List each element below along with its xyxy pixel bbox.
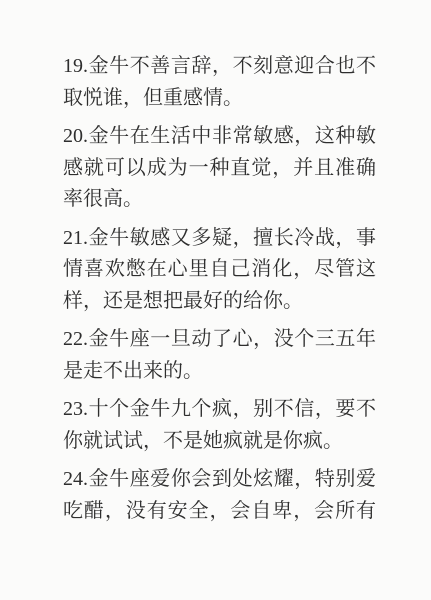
document-page: 19.金牛不善言辞，不刻意迎合也不 取悦谁，但重感情。 20.金牛在生活中非常敏… (0, 0, 431, 600)
paragraph-21: 21.金牛敏感又多疑，擅长冷战，事 情喜欢憋在心里自己消化，尽管这 样，还是想把… (63, 223, 376, 318)
text-line: 感就可以成为一种直觉，并且准确 (63, 153, 376, 185)
paragraph-23: 23.十个金牛九个疯，别不信，要不 你就试试，不是她疯就是你疯。 (63, 394, 376, 457)
paragraph-22: 22.金牛座一旦动了心，没个三五年 是走不出来的。 (63, 324, 376, 387)
text-line: 吃醋，没有安全，会自卑，会所有 (63, 496, 376, 528)
paragraph-24: 24.金牛座爱你会到处炫耀，特别爱 吃醋，没有安全，会自卑，会所有 (63, 464, 376, 527)
text-line: 情喜欢憋在心里自己消化，尽管这 (63, 254, 376, 286)
text-line: 19.金牛不善言辞，不刻意迎合也不 (63, 51, 376, 83)
text-line: 你就试试，不是她疯就是你疯。 (63, 426, 376, 458)
text-line: 21.金牛敏感又多疑，擅长冷战，事 (63, 223, 376, 255)
text-line: 是走不出来的。 (63, 356, 376, 388)
paragraph-19: 19.金牛不善言辞，不刻意迎合也不 取悦谁，但重感情。 (63, 51, 376, 114)
text-line: 24.金牛座爱你会到处炫耀，特别爱 (63, 464, 376, 496)
text-line: 23.十个金牛九个疯，别不信，要不 (63, 394, 376, 426)
text-line: 样，还是想把最好的给你。 (63, 286, 376, 318)
text-line: 取悦谁，但重感情。 (63, 83, 376, 115)
text-line: 20.金牛在生活中非常敏感，这种敏 (63, 121, 376, 153)
paragraph-20: 20.金牛在生活中非常敏感，这种敏 感就可以成为一种直觉，并且准确 率很高。 (63, 121, 376, 216)
text-line: 22.金牛座一旦动了心，没个三五年 (63, 324, 376, 356)
text-line: 率很高。 (63, 184, 376, 216)
